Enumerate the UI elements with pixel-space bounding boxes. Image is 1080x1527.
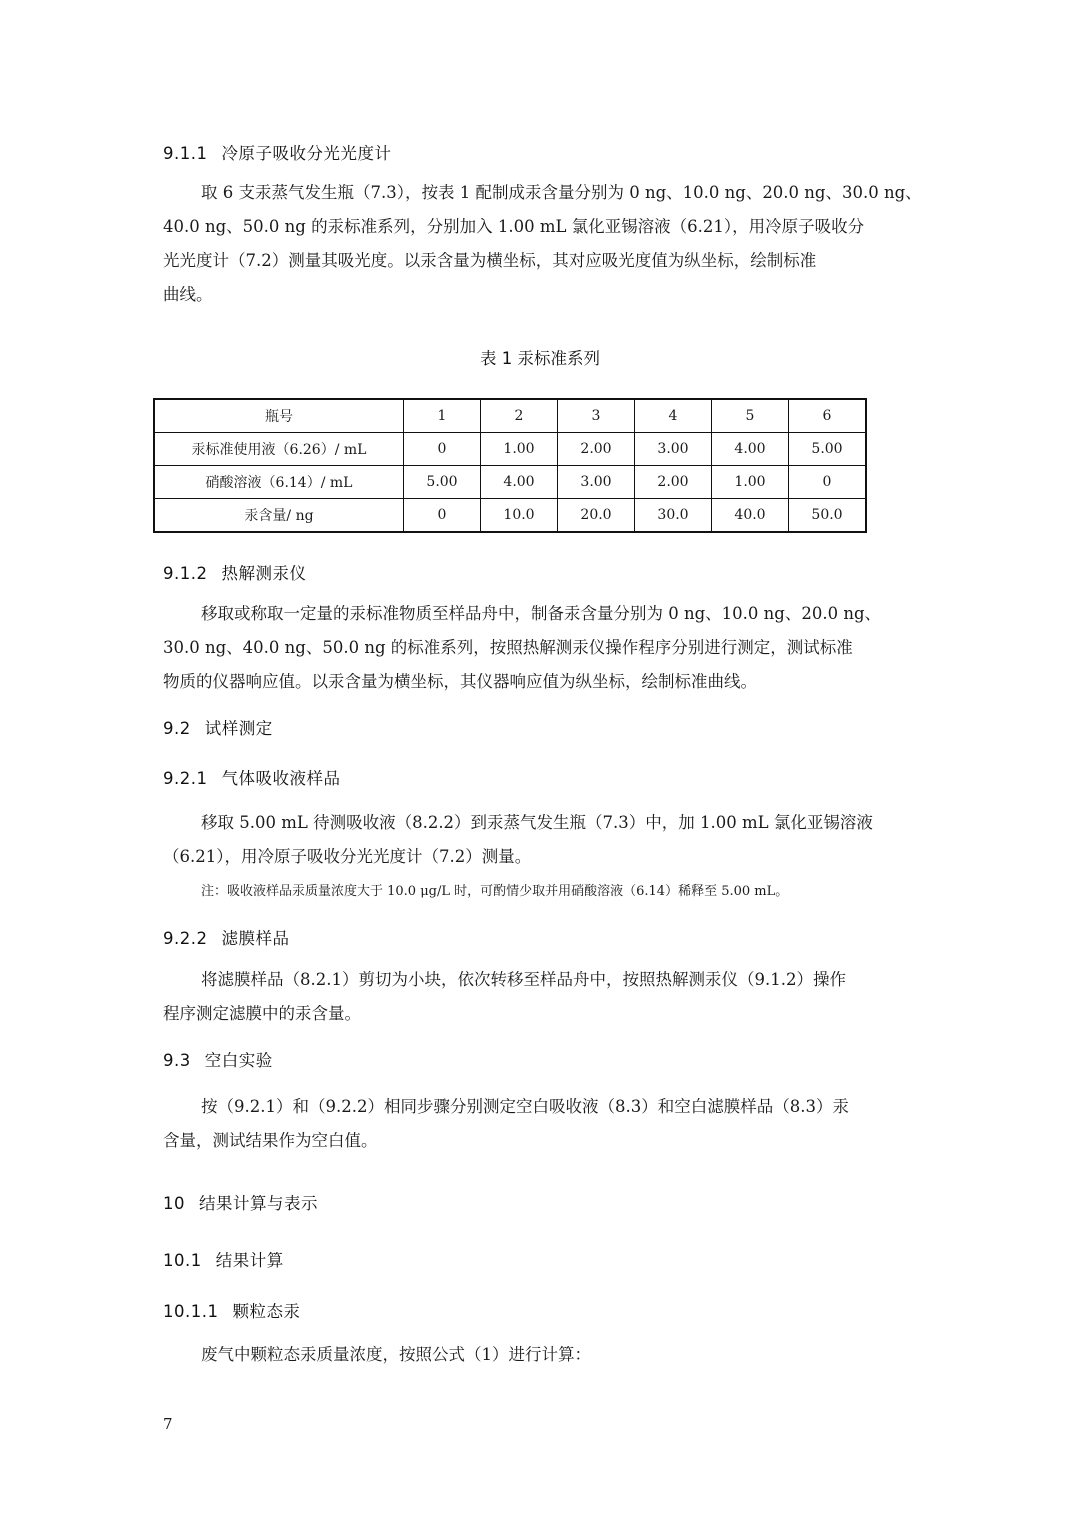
section-number: 10.1 — [163, 1251, 202, 1270]
section-title: 结果计算与表示 — [199, 1194, 318, 1213]
section-title: 冷原子吸收分光光度计 — [221, 144, 391, 163]
section-number: 9.2 — [163, 719, 191, 738]
table-row: 汞标准使用液（6.26）/ mL 0 1.00 2.00 3.00 4.00 5… — [154, 433, 866, 466]
text-line: 按（9.2.1）和（9.2.2）相同步骤分别测定空白吸收液（8.3）和空白滤膜样… — [163, 1090, 918, 1124]
section-heading-9-1-1: 9.1.1冷原子吸收分光光度计 — [163, 140, 391, 164]
header-label: 瓶号 — [154, 399, 404, 433]
mercury-standard-table: 瓶号 1 2 3 4 5 6 汞标准使用液（6.26）/ mL 0 1.00 2… — [153, 398, 867, 533]
text-line: 移取 5.00 mL 待测吸收液（8.2.2）到汞蒸气发生瓶（7.3）中，加 1… — [163, 806, 918, 840]
table-cell: 50.0 — [789, 499, 867, 533]
section-number: 9.2.2 — [163, 929, 207, 948]
text-line: 光光度计（7.2）测量其吸光度。以汞含量为横坐标，其对应吸光度值为纵坐标，绘制标… — [163, 244, 918, 278]
table-cell: 2.00 — [635, 466, 712, 499]
text-line: 移取或称取一定量的汞标准物质至样品舟中，制备汞含量分别为 0 ng、10.0 n… — [163, 597, 918, 631]
section-heading-9-2: 9.2试样测定 — [163, 715, 273, 739]
section-heading-10-1: 10.1结果计算 — [163, 1247, 284, 1271]
text-line: 含量，测试结果作为空白值。 — [163, 1124, 918, 1158]
section-title: 颗粒态汞 — [232, 1302, 300, 1321]
section-number: 9.2.1 — [163, 769, 207, 788]
section-title: 试样测定 — [205, 719, 273, 738]
section-heading-10-1-1: 10.1.1颗粒态汞 — [163, 1298, 300, 1322]
table-cell: 30.0 — [635, 499, 712, 533]
text-line: 取 6 支汞蒸气发生瓶（7.3），按表 1 配制成汞含量分别为 0 ng、10.… — [163, 176, 918, 210]
paragraph-9-2-1: 移取 5.00 mL 待测吸收液（8.2.2）到汞蒸气发生瓶（7.3）中，加 1… — [163, 806, 918, 874]
section-title: 空白实验 — [205, 1051, 273, 1070]
header-cell: 1 — [404, 399, 481, 433]
table-row: 汞含量/ ng 0 10.0 20.0 30.0 40.0 50.0 — [154, 499, 866, 533]
section-heading-9-1-2: 9.1.2热解测汞仪 — [163, 560, 306, 584]
table-cell: 4.00 — [712, 433, 789, 466]
row-label: 汞标准使用液（6.26）/ mL — [154, 433, 404, 466]
table-header-row: 瓶号 1 2 3 4 5 6 — [154, 399, 866, 433]
paragraph-9-1-1: 取 6 支汞蒸气发生瓶（7.3），按表 1 配制成汞含量分别为 0 ng、10.… — [163, 176, 918, 312]
note-text: 注：吸收液样品汞质量浓度大于 10.0 μg/L 时，可酌情少取并用硝酸溶液（6… — [201, 880, 788, 899]
section-title: 热解测汞仪 — [221, 564, 306, 583]
table-cell: 2.00 — [558, 433, 635, 466]
paragraph-10-1-1: 废气中颗粒态汞质量浓度，按照公式（1）进行计算： — [163, 1338, 918, 1372]
section-title: 滤膜样品 — [221, 929, 289, 948]
section-heading-9-2-1: 9.2.1气体吸收液样品 — [163, 765, 340, 789]
table-row: 硝酸溶液（6.14）/ mL 5.00 4.00 3.00 2.00 1.00 … — [154, 466, 866, 499]
section-number: 10 — [163, 1194, 185, 1213]
header-cell: 2 — [481, 399, 558, 433]
text-line: 40.0 ng、50.0 ng 的汞标准系列，分别加入 1.00 mL 氯化亚锡… — [163, 210, 918, 244]
table-cell: 1.00 — [712, 466, 789, 499]
table-cell: 10.0 — [481, 499, 558, 533]
section-number: 10.1.1 — [163, 1302, 218, 1321]
text-line: 曲线。 — [163, 278, 918, 312]
table-caption: 表 1 汞标准系列 — [0, 345, 1080, 369]
row-label: 硝酸溶液（6.14）/ mL — [154, 466, 404, 499]
text-line: 物质的仪器响应值。以汞含量为横坐标，其仪器响应值为纵坐标，绘制标准曲线。 — [163, 665, 918, 699]
section-number: 9.1.1 — [163, 144, 207, 163]
text-line: （6.21），用冷原子吸收分光光度计（7.2）测量。 — [163, 840, 918, 874]
table-cell: 0 — [404, 433, 481, 466]
section-heading-10: 10结果计算与表示 — [163, 1190, 318, 1214]
paragraph-9-2-2: 将滤膜样品（8.2.1）剪切为小块，依次转移至样品舟中，按照热解测汞仪（9.1.… — [163, 963, 918, 1031]
header-cell: 4 — [635, 399, 712, 433]
header-cell: 6 — [789, 399, 867, 433]
table-cell: 5.00 — [789, 433, 867, 466]
section-number: 9.3 — [163, 1051, 191, 1070]
section-title: 气体吸收液样品 — [221, 769, 340, 788]
section-number: 9.1.2 — [163, 564, 207, 583]
table-cell: 5.00 — [404, 466, 481, 499]
text-line: 废气中颗粒态汞质量浓度，按照公式（1）进行计算： — [163, 1338, 918, 1372]
header-cell: 5 — [712, 399, 789, 433]
table-cell: 1.00 — [481, 433, 558, 466]
table-cell: 3.00 — [635, 433, 712, 466]
section-heading-9-3: 9.3空白实验 — [163, 1047, 273, 1071]
table-cell: 3.00 — [558, 466, 635, 499]
text-line: 30.0 ng、40.0 ng、50.0 ng 的标准系列，按照热解测汞仪操作程… — [163, 631, 918, 665]
header-cell: 3 — [558, 399, 635, 433]
paragraph-9-3: 按（9.2.1）和（9.2.2）相同步骤分别测定空白吸收液（8.3）和空白滤膜样… — [163, 1090, 918, 1158]
table-cell: 0 — [789, 466, 867, 499]
text-line: 程序测定滤膜中的汞含量。 — [163, 997, 918, 1031]
paragraph-9-1-2: 移取或称取一定量的汞标准物质至样品舟中，制备汞含量分别为 0 ng、10.0 n… — [163, 597, 918, 699]
table-cell: 40.0 — [712, 499, 789, 533]
row-label: 汞含量/ ng — [154, 499, 404, 533]
page-number: 7 — [163, 1415, 173, 1433]
table-cell: 4.00 — [481, 466, 558, 499]
table-cell: 20.0 — [558, 499, 635, 533]
table-cell: 0 — [404, 499, 481, 533]
section-heading-9-2-2: 9.2.2滤膜样品 — [163, 925, 289, 949]
text-line: 将滤膜样品（8.2.1）剪切为小块，依次转移至样品舟中，按照热解测汞仪（9.1.… — [163, 963, 918, 997]
section-title: 结果计算 — [216, 1251, 284, 1270]
